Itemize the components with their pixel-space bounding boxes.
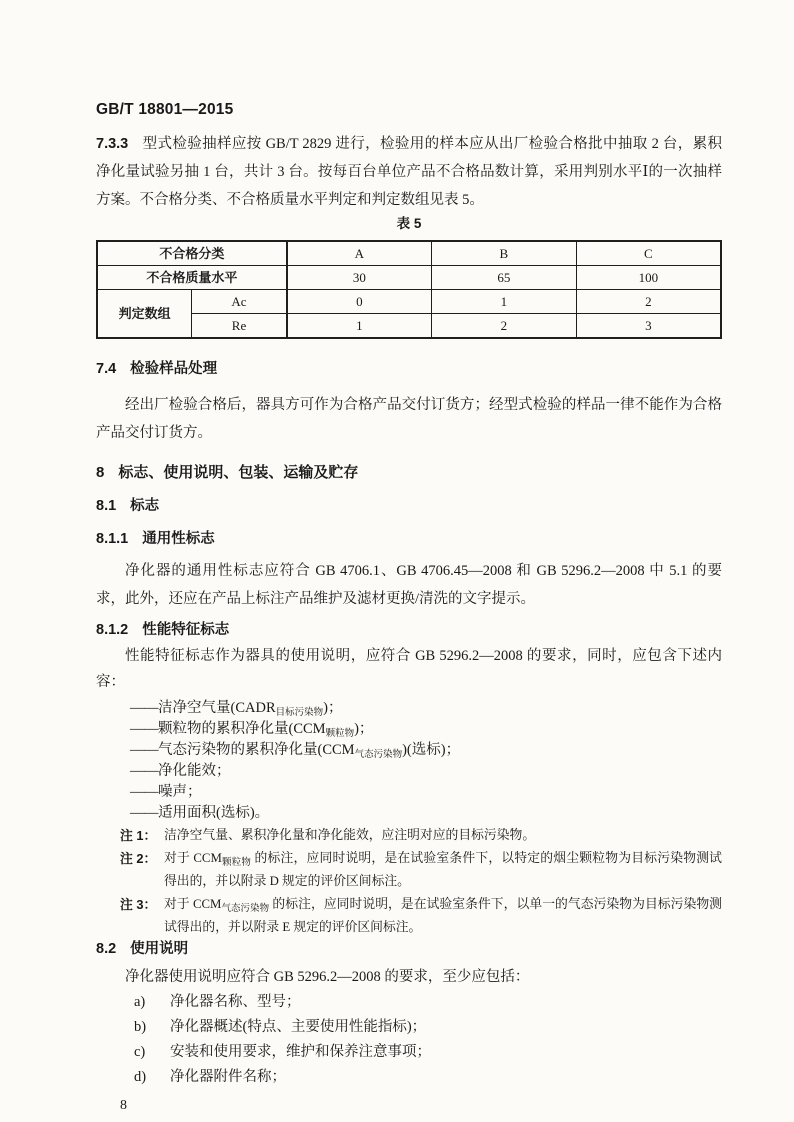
table-cell-class-c: C [576, 241, 721, 266]
item-text-post: )(选标)； [402, 742, 460, 758]
table-cell-re-a: 1 [287, 314, 432, 339]
table-cell-ac-b: 1 [431, 290, 576, 314]
heading-number: 8.1.2 [96, 622, 128, 638]
table-cell-ac-label: Ac [192, 290, 287, 314]
item-label: c) [134, 1040, 145, 1065]
standard-number-header: GB/T 18801—2015 [96, 100, 722, 120]
list-item-b: b)净化器概述(特点、主要使用性能指标)； [96, 1015, 722, 1040]
list-item: ——气态污染物的累积净化量(CCM气态污染物)(选标)； [96, 740, 722, 761]
table-row: 不合格分类 A B C [97, 241, 721, 266]
table-cell-re-label: Re [192, 314, 287, 339]
table-cell-re-c: 3 [576, 314, 721, 339]
table-cell-ac-c: 2 [576, 290, 721, 314]
item-text: 噪声； [158, 784, 202, 800]
item-label: b) [134, 1015, 146, 1040]
list-item: ——颗粒物的累积净化量(CCM颗粒物)； [96, 719, 722, 740]
note-subscript: 颗粒物 [222, 858, 251, 868]
table-cell-quality-a: 30 [287, 266, 432, 290]
dash: —— [130, 742, 158, 758]
item-text: 洁净空气量(CADR [158, 700, 276, 716]
page-content: GB/T 18801—2015 7.3.3型式检验抽样应按 GB/T 2829 … [0, 0, 794, 1116]
note-subscript: 气态污染物 [221, 904, 269, 914]
item-subscript: 气态污染物 [355, 750, 403, 760]
clause-8-1-1-paragraph: 净化器的通用性标志应符合 GB 4706.1、GB 4706.45—2008 和… [96, 557, 722, 613]
note-text: 对于 CCM [164, 897, 221, 911]
list-item-a: a)净化器名称、型号； [96, 990, 722, 1015]
heading-7-4: 7.4检验样品处理 [96, 359, 722, 379]
heading-8: 8标志、使用说明、包装、运输及贮存 [96, 463, 722, 483]
heading-8-1: 8.1标志 [96, 496, 722, 516]
table-5-caption: 表 5 [96, 214, 722, 234]
table-5: 不合格分类 A B C 不合格质量水平 30 65 100 判定数组 Ac 0 … [96, 240, 722, 339]
note-2: 注 2：对于 CCM颗粒物 的标注，应同时说明，是在试验室条件下，以特定的烟尘颗… [120, 847, 722, 893]
dash: —— [130, 700, 158, 716]
dash: —— [130, 721, 158, 737]
dash: —— [130, 784, 158, 800]
note-1: 注 1：洁净空气量、累积净化量和净化能效，应注明对应的目标污染物。 [120, 824, 722, 847]
item-subscript: 颗粒物 [326, 729, 355, 739]
list-item: ——净化能效； [96, 761, 722, 782]
clause-7-4-paragraph: 经出厂检验合格后，器具方可作为合格产品交付订货方；经型式检验的样品一律不能作为合… [96, 391, 722, 447]
table-cell-class-a: A [287, 241, 432, 266]
item-text: 净化器附件名称； [134, 1065, 286, 1090]
heading-title: 通用性标志 [142, 531, 215, 547]
heading-title: 标志、使用说明、包装、运输及贮存 [118, 464, 358, 481]
heading-title: 使用说明 [130, 941, 188, 957]
heading-title: 标志 [130, 498, 159, 514]
item-text-post: )； [354, 721, 373, 737]
clause-text: 型式检验抽样应按 GB/T 2829 进行，检验用的样本应从出厂检验合格批中抽取… [96, 136, 722, 208]
dash: —— [130, 805, 158, 821]
list-item: ——噪声； [96, 782, 722, 803]
note-text: 洁净空气量、累积净化量和净化能效，应注明对应的目标污染物。 [164, 828, 535, 842]
table-row: 判定数组 Ac 0 1 2 [97, 290, 721, 314]
table-cell-quality-b: 65 [431, 266, 576, 290]
clause-number: 7.3.3 [96, 136, 128, 152]
notes-block: 注 1：洁净空气量、累积净化量和净化能效，应注明对应的目标污染物。 注 2：对于… [120, 824, 722, 939]
item-subscript: 目标污染物 [276, 708, 324, 718]
heading-number: 8.2 [96, 941, 116, 957]
table-cell-quality-label: 不合格质量水平 [97, 266, 287, 290]
table-cell-ac-a: 0 [287, 290, 432, 314]
table-cell-re-b: 2 [431, 314, 576, 339]
note-label: 注 3： [120, 893, 156, 916]
table-cell-classification-label: 不合格分类 [97, 241, 287, 266]
table-cell-class-b: B [431, 241, 576, 266]
document-page: GB/T 18801—2015 7.3.3型式检验抽样应按 GB/T 2829 … [0, 0, 794, 1122]
feature-list: ——洁净空气量(CADR目标污染物)； ——颗粒物的累积净化量(CCM颗粒物)；… [96, 698, 722, 824]
item-text: 净化器名称、型号； [134, 990, 301, 1015]
item-label: d) [134, 1065, 146, 1090]
table-cell-quality-c: 100 [576, 266, 721, 290]
clause-8-1-2-intro: 性能特征标志作为器具的使用说明，应符合 GB 5296.2—2008 的要求，同… [96, 643, 722, 695]
note-label: 注 1： [120, 824, 156, 847]
note-3: 注 3：对于 CCM气态污染物 的标注，应同时说明，是在试验室条件下，以单一的气… [120, 893, 722, 939]
heading-8-1-2: 8.1.2性能特征标志 [96, 620, 722, 640]
heading-8-1-1: 8.1.1通用性标志 [96, 529, 722, 549]
list-item: ——适用面积(选标)。 [96, 803, 722, 824]
heading-title: 检验样品处理 [130, 361, 217, 377]
item-text: 适用面积(选标)。 [158, 805, 269, 821]
heading-number: 8.1 [96, 498, 116, 514]
table-cell-judgement-label: 判定数组 [97, 290, 192, 339]
clause-8-2-intro: 净化器使用说明应符合 GB 5296.2—2008 的要求，至少应包括： [96, 964, 722, 990]
heading-number: 7.4 [96, 361, 116, 377]
item-text: 净化器概述(特点、主要使用性能指标)； [134, 1015, 426, 1040]
list-item-d: d)净化器附件名称； [96, 1065, 722, 1090]
note-text-post: 的标注，应同时说明，是在试验室条件下，以单一的气态污染物为目标污染物测试得出的，… [164, 897, 722, 934]
item-text: 净化能效； [158, 763, 231, 779]
dash: —— [130, 763, 158, 779]
item-text: 颗粒物的累积净化量(CCM [158, 721, 326, 737]
heading-8-2: 8.2使用说明 [96, 939, 722, 959]
note-label: 注 2： [120, 847, 156, 870]
item-text: 安装和使用要求，维护和保养注意事项； [134, 1040, 431, 1065]
note-text: 对于 CCM [164, 851, 222, 865]
item-label: a) [134, 990, 145, 1015]
heading-number: 8 [96, 464, 104, 481]
note-text-post: 的标注，应同时说明，是在试验室条件下，以特定的烟尘颗粒物为目标污染物测试得出的，… [164, 851, 722, 888]
clause-7-3-3-paragraph: 7.3.3型式检验抽样应按 GB/T 2829 进行，检验用的样本应从出厂检验合… [96, 130, 722, 214]
lettered-list: a)净化器名称、型号； b)净化器概述(特点、主要使用性能指标)； c)安装和使… [96, 990, 722, 1090]
item-text-post: )； [323, 700, 342, 716]
page-number: 8 [96, 1096, 722, 1116]
item-text: 气态污染物的累积净化量(CCM [158, 742, 355, 758]
list-item: ——洁净空气量(CADR目标污染物)； [96, 698, 722, 719]
table-row: 不合格质量水平 30 65 100 [97, 266, 721, 290]
heading-number: 8.1.1 [96, 531, 128, 547]
heading-title: 性能特征标志 [142, 622, 229, 638]
list-item-c: c)安装和使用要求，维护和保养注意事项； [96, 1040, 722, 1065]
